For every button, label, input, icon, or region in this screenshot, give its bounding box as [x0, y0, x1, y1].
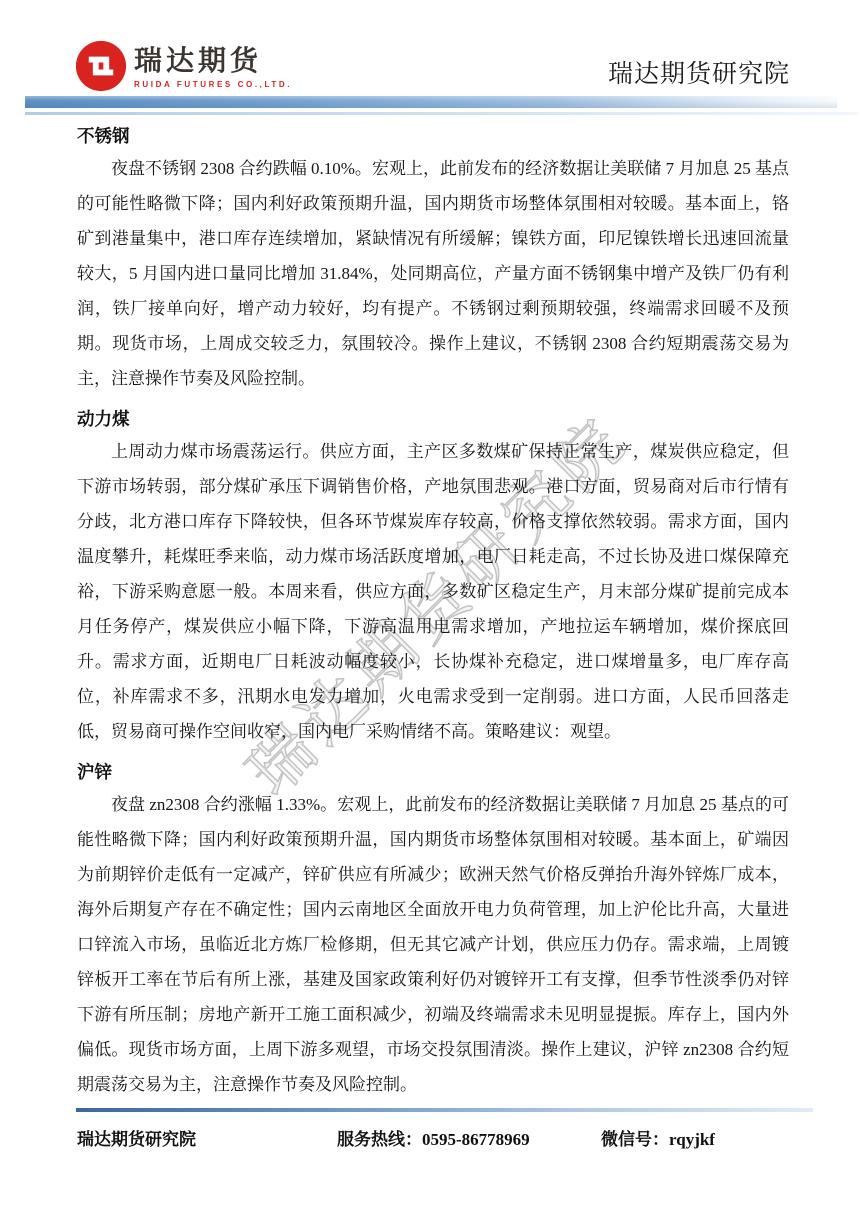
footer-wechat-label: 微信号：	[601, 1130, 669, 1149]
footer-hotline-number: 0595-86778969	[422, 1130, 530, 1149]
section-stainless-steel: 不锈钢 夜盘不锈钢 2308 合约跌幅 0.10%。宏观上，此前发布的经济数据让…	[77, 123, 789, 396]
header-divider-line	[25, 112, 858, 115]
company-logo: 瑞达期货 RUIDA FUTURES CO.,LTD.	[73, 38, 292, 94]
section-heading-shanghai-zinc: 沪锌	[77, 759, 789, 785]
footer-hotline: 服务热线：0595-86778969	[337, 1125, 530, 1150]
brand-name-en: RUIDA FUTURES CO.,LTD.	[134, 80, 292, 89]
footer: 瑞达期货研究院 服务热线：0595-86778969 微信号：rqyjkf	[77, 1125, 789, 1149]
footer-wechat-id: rqyjkf	[669, 1130, 715, 1149]
section-body-stainless-steel: 夜盘不锈钢 2308 合约跌幅 0.10%。宏观上，此前发布的经济数据让美联储 …	[77, 151, 789, 396]
report-content: 不锈钢 夜盘不锈钢 2308 合约跌幅 0.10%。宏观上，此前发布的经济数据让…	[77, 123, 789, 1112]
footer-wechat: 微信号：rqyjkf	[601, 1125, 715, 1150]
section-shanghai-zinc: 沪锌 夜盘 zn2308 合约涨幅 1.33%。宏观上，此前发布的经济数据让美联…	[77, 759, 789, 1102]
section-heading-stainless-steel: 不锈钢	[77, 123, 789, 149]
section-body-thermal-coal: 上周动力煤市场震荡运行。供应方面，主产区多数煤矿保持正常生产，煤炭供应稳定，但下…	[77, 434, 789, 749]
footer-institute-name: 瑞达期货研究院	[77, 1125, 196, 1150]
header-institute-title: 瑞达期货研究院	[608, 60, 790, 90]
header-divider-bar	[25, 96, 837, 108]
footer-hotline-label: 服务热线：	[337, 1130, 422, 1149]
section-heading-thermal-coal: 动力煤	[77, 406, 789, 432]
section-thermal-coal: 动力煤 上周动力煤市场震荡运行。供应方面，主产区多数煤矿保持正常生产，煤炭供应稳…	[77, 406, 789, 749]
report-page: 瑞达期货 RUIDA FUTURES CO.,LTD. 瑞达期货研究院 瑞达期货…	[0, 0, 860, 1217]
footer-divider-bar	[76, 1108, 813, 1112]
brand-name-cn: 瑞达期货	[134, 46, 292, 76]
ruida-logo-icon	[73, 38, 129, 94]
section-body-shanghai-zinc: 夜盘 zn2308 合约涨幅 1.33%。宏观上，此前发布的经济数据让美联储 7…	[77, 787, 789, 1102]
